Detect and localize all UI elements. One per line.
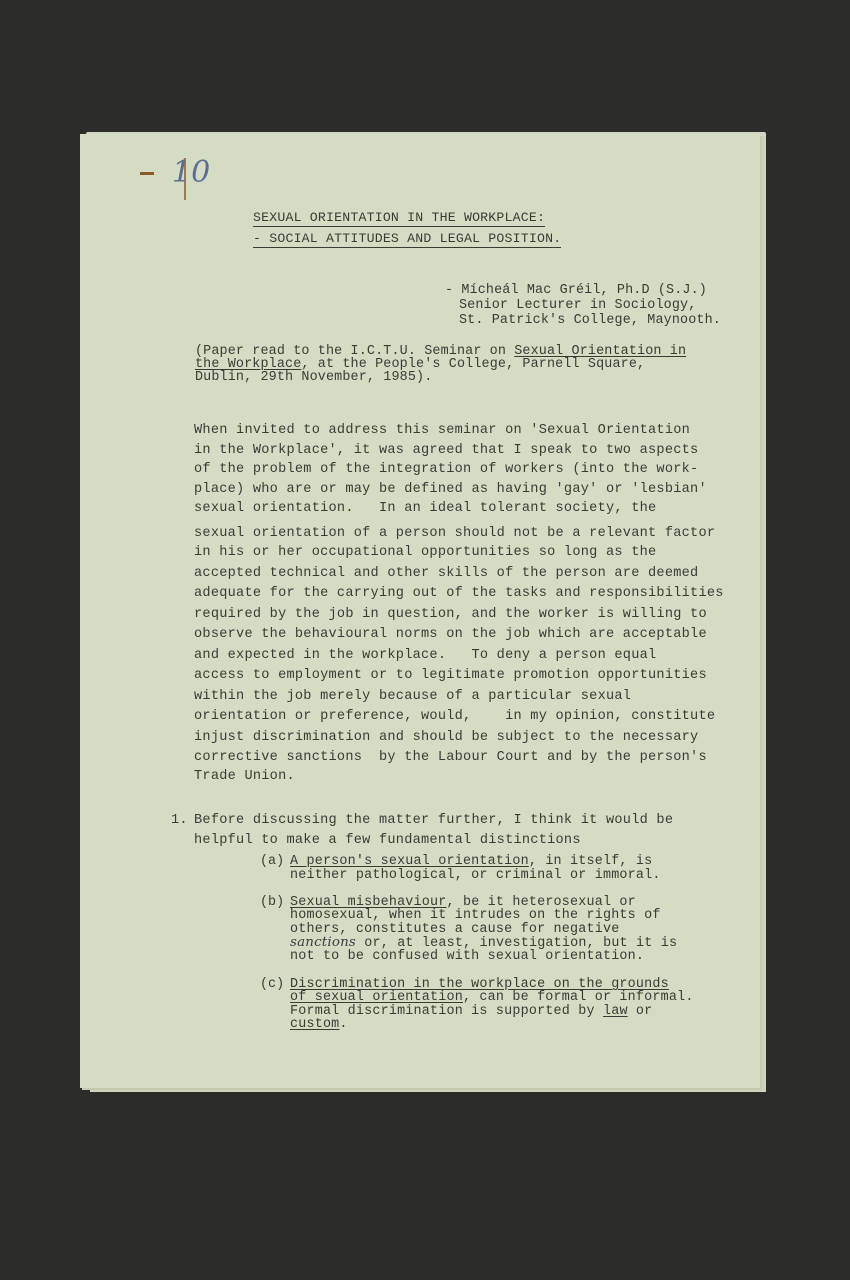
paragraph-line: sexual orientation. In an ideal tolerant… [194,501,656,516]
paragraph-line: When invited to address this seminar on … [194,423,690,438]
note-line-3: Dublin, 29th November, 1985). [195,370,432,385]
paragraph-line: orientation or preference, would, in my … [194,709,715,724]
author-name: - Mícheál Mac Gréil, Ph.D (S.J.) [445,283,707,298]
item-c-custom: custom [290,1017,339,1032]
point-line-1: Before discussing the matter further, I … [194,813,673,828]
paragraph-line: Trade Union. [194,769,295,784]
paragraph-line: access to employment or to legitimate pr… [194,668,707,683]
item-a-heading: A person's sexual orientation [290,854,529,869]
item-c-law: law [603,1004,628,1019]
paragraph-line: and expected in the workplace. To deny a… [194,648,656,663]
paragraph-line: within the job merely because of a parti… [194,689,631,704]
paragraph-line: in his or her occupational opportunities… [194,545,656,560]
paragraph-line: adequate for the carrying out of the tas… [194,586,724,601]
item-a-line-1: A person's sexual orientation, in itself… [290,854,652,869]
point-line-2: helpful to make a few fundamental distin… [194,833,581,848]
item-c-text: . [339,1017,347,1032]
item-c-label: (c) [260,977,284,992]
item-c-text: , can be formal or informal. [463,990,694,1005]
handwritten-page-number: 10 [172,155,210,190]
title-text-1: SEXUAL ORIENTATION IN THE WORKPLACE: [253,210,545,227]
paragraph-line: injust discrimination and should be subj… [194,730,698,745]
title-line-2: - SOCIAL ATTITUDES AND LEGAL POSITION. [253,231,561,246]
paragraph-line: required by the job in question, and the… [194,607,707,622]
item-c-text: or [628,1004,653,1019]
item-b-label: (b) [260,895,284,910]
item-c-heading-cont: of sexual orientation [290,990,463,1005]
paragraph-line: place) who are or may be defined as havi… [194,482,707,497]
item-c-line-4: custom. [290,1017,348,1032]
paragraph-line: observe the behavioural norms on the job… [194,627,707,642]
title-text-2: - SOCIAL ATTITUDES AND LEGAL POSITION. [253,231,561,248]
item-a-text: , in itself, is [529,854,653,869]
ink-mark [140,172,154,175]
paragraph-line: sexual orientation of a person should no… [194,526,715,541]
paragraph-line: in the Workplace', it was agreed that I … [194,443,698,458]
item-a-line-2: neither pathological, or criminal or imm… [290,868,661,883]
handwritten-correction: sanctions [290,935,356,950]
item-a-label: (a) [260,854,284,869]
paragraph-line: corrective sanctions by the Labour Court… [194,750,707,765]
paragraph-line: of the problem of the integration of wor… [194,462,698,477]
item-b-line-5: not to be confused with sexual orientati… [290,949,644,964]
author-institution: St. Patrick's College, Maynooth. [459,313,721,328]
item-b-line-2: homosexual, when it intrudes on the righ… [290,908,661,923]
point-number: 1. [171,813,188,828]
title-line-1: SEXUAL ORIENTATION IN THE WORKPLACE: [253,210,545,225]
author-position: Senior Lecturer in Sociology, [459,298,696,313]
paragraph-line: accepted technical and other skills of t… [194,566,698,581]
item-c-line-2: of sexual orientation, can be formal or … [290,990,694,1005]
